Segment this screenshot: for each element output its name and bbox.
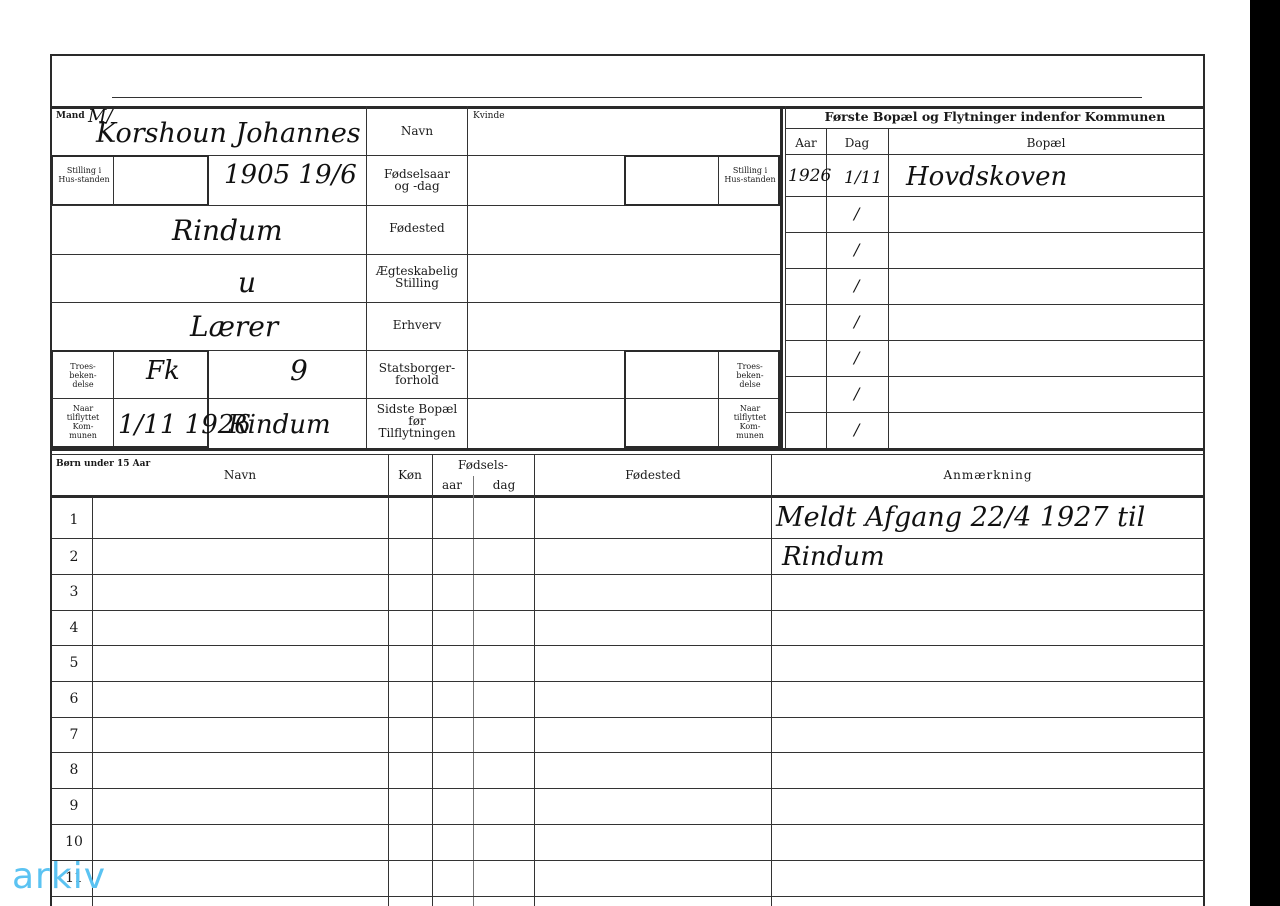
move-row-7-dag[interactable]: / (854, 384, 859, 403)
move-row-6-dag[interactable]: / (854, 348, 859, 367)
divider (209, 350, 366, 351)
woman-naar-label: Naar tilflyttet Kom-munen (726, 404, 774, 440)
divider (50, 205, 366, 206)
man-fodselsaar-value[interactable]: 1905 19/6 (224, 160, 357, 190)
children-top-border (50, 448, 1205, 451)
children-header-anmaerkning: Anmærkning (772, 469, 1204, 481)
children-top-border-inner (50, 454, 1205, 455)
child-row-number: 9 (56, 798, 92, 814)
divider (52, 824, 1204, 825)
man-sidste-bopael-value[interactable]: Rindum (228, 410, 331, 440)
divider (52, 681, 1204, 682)
label-navn: Navn (367, 125, 467, 137)
divider (52, 574, 1204, 575)
anmaerkning-line-2[interactable]: Rindum (782, 542, 885, 572)
label-sidste-bopael: Sidste Bopæl før Tilflytningen (371, 403, 463, 439)
move-row-1-bopael[interactable]: Hovdskoven (906, 162, 1067, 192)
man-navn-value[interactable]: Korshoun Johannes (96, 118, 361, 149)
children-header-fodsels: Fødsels- (432, 459, 534, 471)
move-row-1-dag[interactable]: 1/11 (844, 168, 882, 188)
label-fodested: Fødested (367, 222, 467, 234)
woman-troes-label: Troes-beken-delse (728, 362, 772, 389)
move-row-3-dag[interactable]: / (854, 240, 859, 259)
child-row-number: 2 (56, 549, 92, 565)
man-fodested-value[interactable]: Rindum (172, 214, 283, 247)
man-stilling-label: Stilling i Hus-standen (58, 166, 110, 184)
divider (52, 398, 207, 399)
divider (468, 254, 780, 255)
label-erhverv: Erhverv (367, 319, 467, 331)
child-row-number: 5 (56, 655, 92, 671)
woman-stilling-label: Stilling i Hus-standen (724, 166, 776, 184)
man-troes-value[interactable]: Fk (146, 356, 180, 386)
moves-title: Første Bopæl og Flytninger indenfor Komm… (786, 111, 1204, 123)
divider (468, 398, 628, 399)
children-header-aar: aar (432, 479, 472, 491)
divider (468, 302, 780, 303)
child-row-number: 1 (56, 512, 92, 528)
divider (473, 476, 474, 906)
divider (718, 352, 719, 446)
viewer-edge-bar (1250, 0, 1280, 906)
moves-header-bopael: Bopæl (888, 137, 1204, 149)
move-row-4-dag[interactable]: / (854, 276, 859, 295)
arkiv-watermark-logo: arkiv (12, 856, 106, 897)
moves-table: Første Bopæl og Flytninger indenfor Komm… (786, 106, 1204, 448)
divider (52, 610, 1204, 611)
divider (113, 352, 114, 446)
divider (52, 896, 1204, 897)
move-row-1-aar[interactable]: 1926 (788, 166, 831, 186)
divider (52, 752, 1204, 753)
man-erhverv-value[interactable]: Lærer (190, 310, 278, 343)
field-labels-column: Navn Fødselsaar og -dag Fødested Ægteska… (367, 106, 467, 448)
label-fodselsaar: Fødselsaar og -dag (377, 168, 457, 192)
divider (52, 860, 1204, 861)
header-underline (112, 97, 1142, 98)
divider (52, 645, 1204, 646)
children-header-fodested: Fødested (534, 469, 772, 481)
move-row-8-dag[interactable]: / (854, 420, 859, 439)
child-row-number: 6 (56, 691, 92, 707)
move-row-5-dag[interactable]: / (854, 312, 859, 331)
label-aegteskabelig: Ægteskabelig Stilling (367, 265, 467, 289)
children-header-border (50, 495, 1205, 498)
divider (92, 497, 93, 906)
children-header-dag: dag (474, 479, 534, 491)
kvinde-label: Kvinde (473, 112, 505, 121)
divider (50, 254, 366, 255)
man-aegteskabelig-value[interactable]: u (238, 266, 256, 299)
divider (52, 788, 1204, 789)
child-row-number: 10 (56, 834, 92, 850)
man-statsborger-value[interactable]: 9 (290, 354, 308, 387)
child-row-number: 4 (56, 620, 92, 636)
label-statsborger: Statsborger-forhold (373, 362, 461, 386)
anmaerkning-line-1[interactable]: Meldt Afgang 22/4 1927 til (776, 502, 1145, 533)
divider (113, 157, 114, 205)
divider (52, 538, 1204, 539)
children-label: Børn under 15 Aar (56, 460, 150, 469)
move-row-2-dag[interactable]: / (854, 204, 859, 223)
divider (718, 157, 719, 205)
divider (52, 717, 1204, 718)
mand-label: Mand (56, 112, 85, 121)
divider (626, 398, 778, 399)
man-naar-label: Naar tilflyttet Kom-munen (60, 404, 106, 440)
divider (467, 106, 468, 448)
children-header-navn: Navn (92, 469, 388, 481)
children-header-kon: Køn (388, 469, 432, 481)
child-row-number: 7 (56, 727, 92, 743)
child-row-number: 3 (56, 584, 92, 600)
moves-header-dag: Dag (826, 137, 888, 149)
divider (50, 302, 366, 303)
man-troes-label: Troes-beken-delse (62, 362, 104, 389)
divider (209, 398, 366, 399)
divider (780, 106, 783, 448)
child-row-number: 8 (56, 762, 92, 778)
moves-header-aar: Aar (786, 137, 826, 149)
